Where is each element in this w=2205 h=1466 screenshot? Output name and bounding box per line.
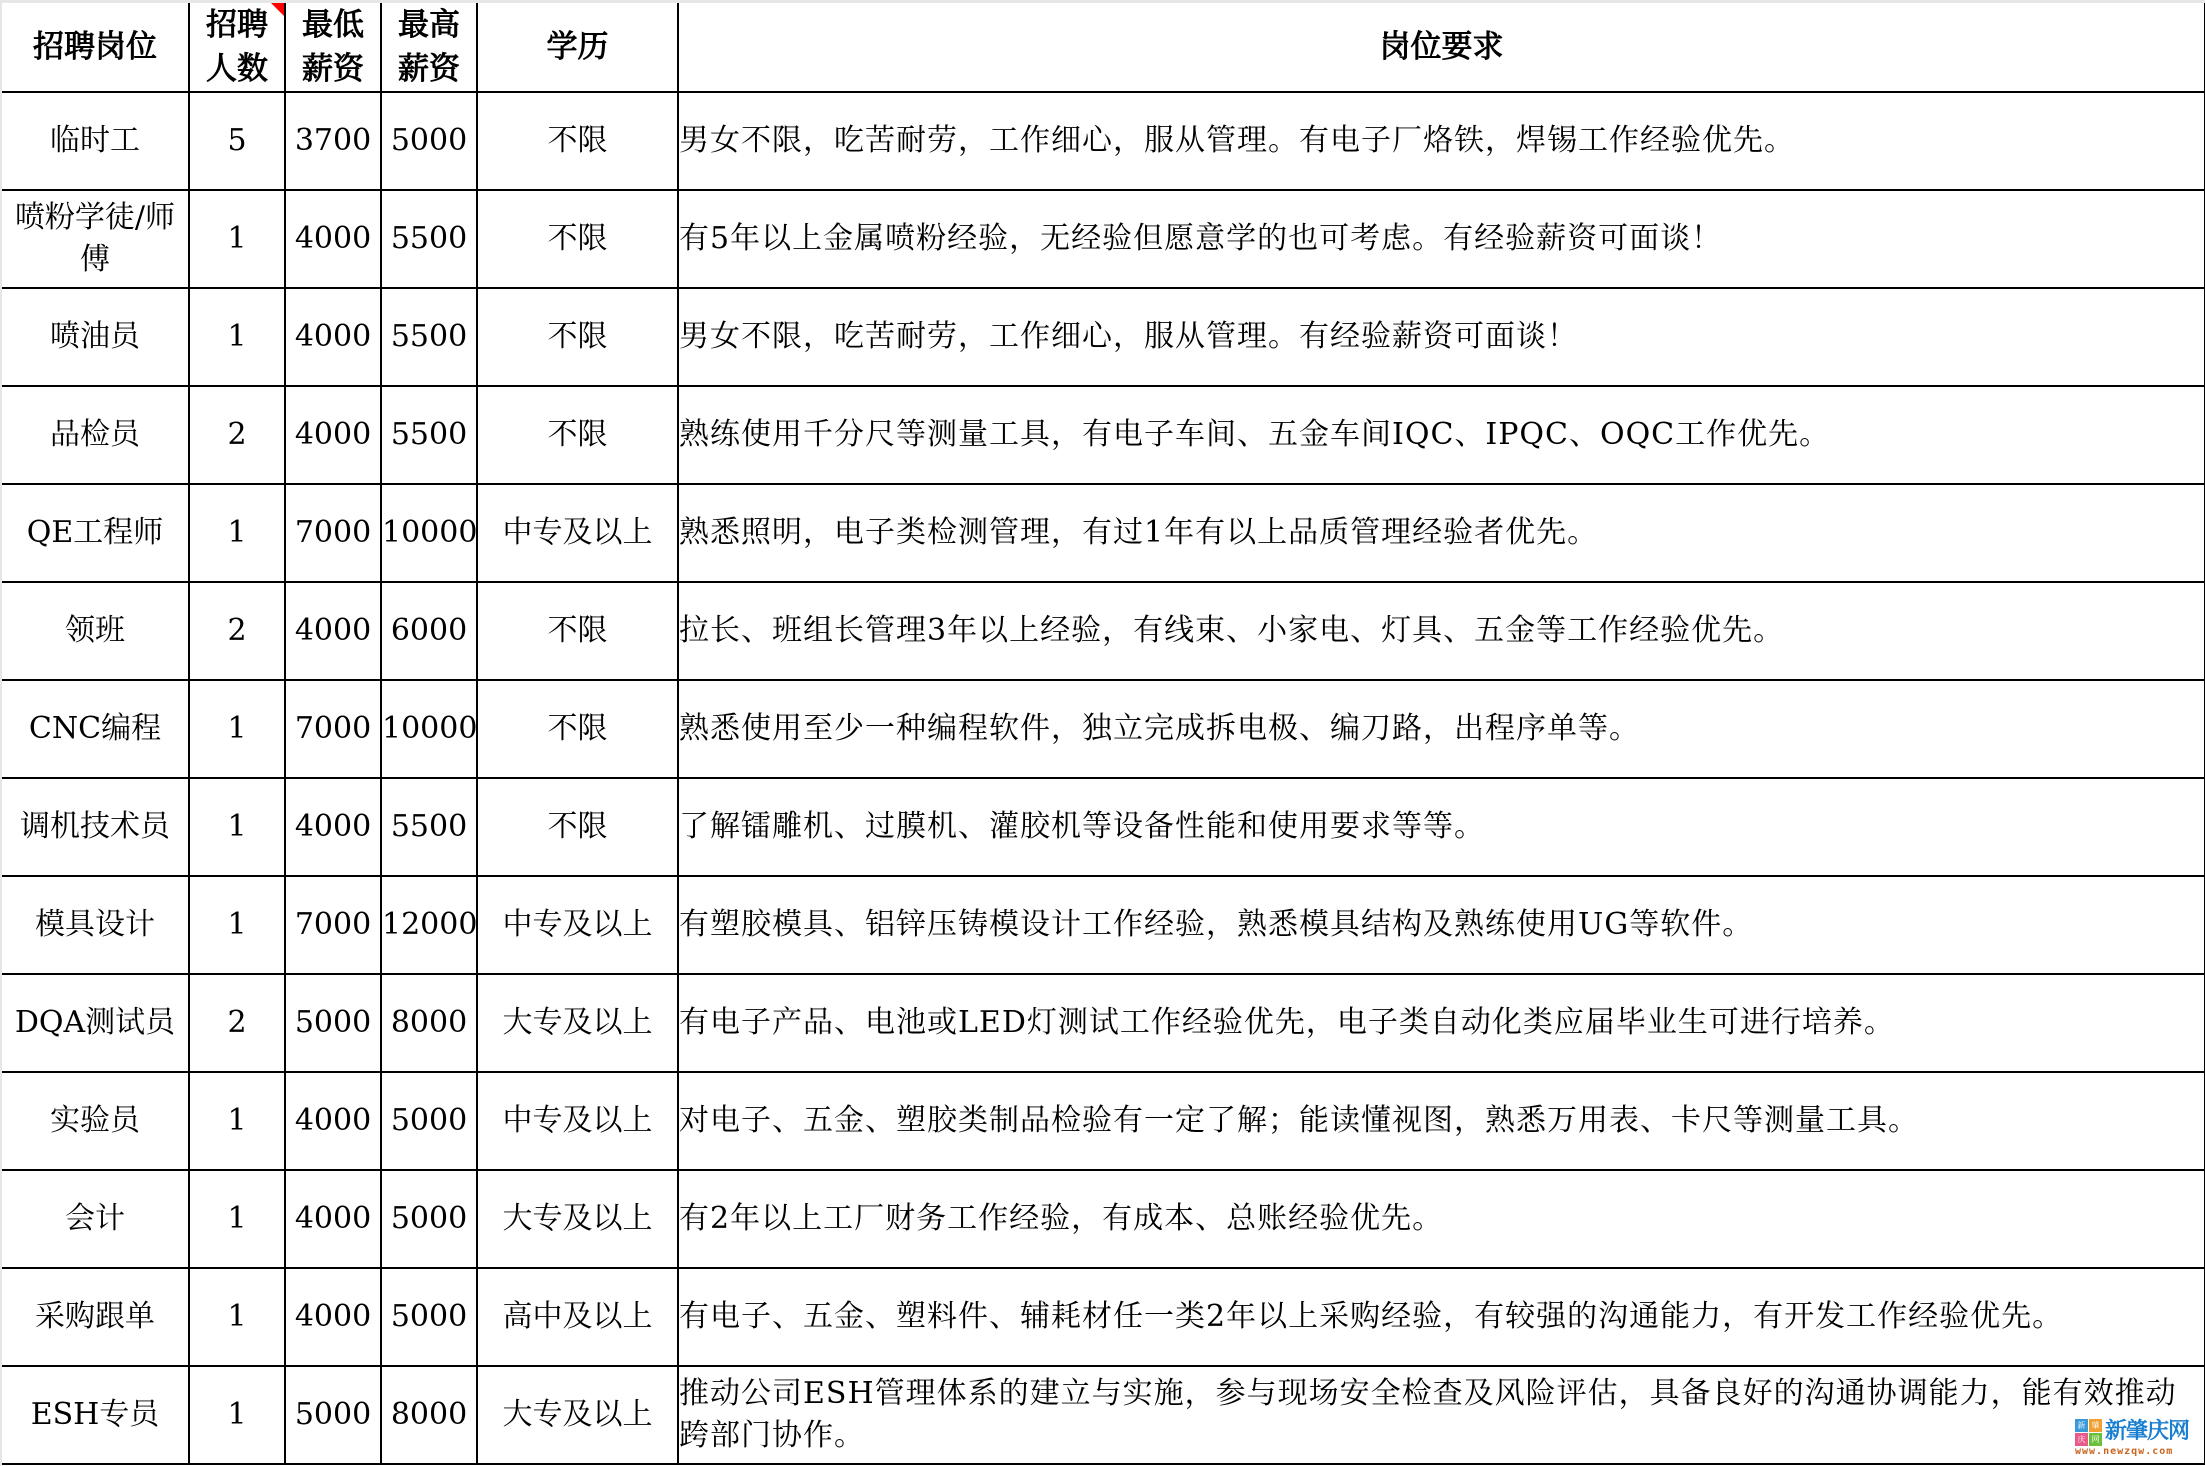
header-count[interactable]: 招聘 人数	[189, 3, 285, 92]
header-education[interactable]: 学历	[477, 3, 678, 92]
count-text: 2	[227, 613, 246, 648]
cell-position[interactable]: 领班	[2, 582, 189, 680]
position-text: 会计	[65, 1201, 125, 1236]
table-row: 临时工 5 3700 5000 不限 男女不限，吃苦耐劳，工作细心，服从管理。有…	[2, 92, 2205, 190]
min-salary-text: 4000	[295, 1103, 371, 1138]
count-text: 1	[227, 809, 246, 844]
cell-education[interactable]: 不限	[477, 680, 678, 778]
cell-position[interactable]: 临时工	[2, 92, 189, 190]
count-text: 2	[227, 1005, 246, 1040]
cell-max-salary[interactable]: 5000	[381, 1268, 477, 1366]
cell-max-salary[interactable]: 8000	[381, 1366, 477, 1464]
header-count-line1: 招聘	[190, 3, 284, 47]
cell-count[interactable]: 1	[189, 190, 285, 288]
cell-education[interactable]: 不限	[477, 190, 678, 288]
cell-education[interactable]: 不限	[477, 288, 678, 386]
min-salary-text: 7000	[295, 907, 371, 942]
education-text: 不限	[548, 613, 608, 648]
cell-education[interactable]: 大专及以上	[477, 1366, 678, 1464]
cell-position[interactable]: 喷粉学徒/师傅	[2, 190, 189, 288]
position-text: QE工程师	[27, 515, 164, 550]
count-text: 1	[227, 1299, 246, 1334]
education-text: 不限	[548, 417, 608, 452]
education-text: 中专及以上	[503, 907, 653, 942]
cell-position[interactable]: QE工程师	[2, 484, 189, 582]
cell-education[interactable]: 不限	[477, 92, 678, 190]
header-min-salary-line1: 最低	[286, 3, 380, 47]
max-salary-text: 8000	[391, 1397, 467, 1432]
header-max-salary[interactable]: 最高 薪资	[381, 3, 477, 92]
max-salary-text: 5000	[391, 123, 467, 158]
requirements-text: 熟练使用千分尺等测量工具，有电子车间、五金车间IQC、IPQC、OQC工作优先。	[679, 417, 1830, 452]
min-salary-text: 4000	[295, 809, 371, 844]
min-salary-text: 7000	[295, 711, 371, 746]
cell-education[interactable]: 不限	[477, 582, 678, 680]
education-text: 高中及以上	[503, 1299, 653, 1334]
requirements-text: 有5年以上金属喷粉经验，无经验但愿意学的也可考虑。有经验薪资可面谈！	[679, 221, 1722, 256]
requirements-text: 拉长、班组长管理3年以上经验，有线束、小家电、灯具、五金等工作经验优先。	[679, 613, 1784, 648]
cell-min-salary[interactable]: 4000	[285, 1072, 381, 1170]
cell-position[interactable]: 模具设计	[2, 876, 189, 974]
table-row: 会计 1 4000 5000 大专及以上 有2年以上工厂财务工作经验，有成本、总…	[2, 1170, 2205, 1268]
cell-max-salary[interactable]: 5000	[381, 1072, 477, 1170]
cell-position[interactable]: CNC编程	[2, 680, 189, 778]
cell-requirements[interactable]: 男女不限，吃苦耐劳，工作细心，服从管理。有电子厂烙铁，焊锡工作经验优先。	[678, 92, 2205, 190]
count-text: 1	[227, 221, 246, 256]
max-salary-text: 5500	[391, 319, 467, 354]
min-salary-text: 4000	[295, 613, 371, 648]
cell-count[interactable]: 5	[189, 92, 285, 190]
cell-max-salary[interactable]: 8000	[381, 974, 477, 1072]
watermark-url: www.newzqw.com	[2075, 1446, 2173, 1458]
cell-position[interactable]: 采购跟单	[2, 1268, 189, 1366]
count-text: 5	[227, 123, 246, 158]
count-text: 1	[227, 515, 246, 550]
cell-count[interactable]: 1	[189, 484, 285, 582]
cell-requirements[interactable]: 有5年以上金属喷粉经验，无经验但愿意学的也可考虑。有经验薪资可面谈！	[678, 190, 2205, 288]
recruitment-table: 招聘岗位 招聘 人数 最低 薪资 最高 薪资 学历 岗位要求	[2, 3, 2205, 1465]
max-salary-text: 10000	[382, 711, 477, 746]
cell-count[interactable]: 1	[189, 288, 285, 386]
requirements-text: 推动公司ESH管理体系的建立与实施，参与现场安全检查及风险评估，具备良好的沟通协…	[679, 1376, 2177, 1453]
cell-min-salary[interactable]: 3700	[285, 92, 381, 190]
position-text: 实验员	[50, 1103, 140, 1138]
cell-min-salary[interactable]: 4000	[285, 1170, 381, 1268]
max-salary-text: 5500	[391, 417, 467, 452]
cell-education[interactable]: 高中及以上	[477, 1268, 678, 1366]
count-text: 1	[227, 711, 246, 746]
position-text: 品检员	[50, 417, 140, 452]
min-salary-text: 3700	[295, 123, 371, 158]
cell-requirements[interactable]: 拉长、班组长管理3年以上经验，有线束、小家电、灯具、五金等工作经验优先。	[678, 582, 2205, 680]
count-text: 1	[227, 1397, 246, 1432]
cell-count[interactable]: 2	[189, 582, 285, 680]
requirements-text: 男女不限，吃苦耐劳，工作细心，服从管理。有电子厂烙铁，焊锡工作经验优先。	[679, 123, 1795, 158]
cell-count[interactable]: 1	[189, 1268, 285, 1366]
watermark-site-name: 新肇庆网	[2105, 1418, 2189, 1446]
comment-indicator-icon[interactable]	[271, 3, 284, 16]
education-text: 大专及以上	[503, 1201, 653, 1236]
requirements-text: 对电子、五金、塑胶类制品检验有一定了解；能读懂视图，熟悉万用表、卡尺等测量工具。	[679, 1103, 1919, 1138]
header-min-salary[interactable]: 最低 薪资	[285, 3, 381, 92]
requirements-text: 有电子、五金、塑料件、辅耗材任一类2年以上采购经验，有较强的沟通能力，有开发工作…	[679, 1299, 2063, 1334]
min-salary-text: 4000	[295, 221, 371, 256]
education-text: 大专及以上	[503, 1005, 653, 1040]
cell-count[interactable]: 1	[189, 876, 285, 974]
cell-count[interactable]: 1	[189, 1170, 285, 1268]
table-row: 采购跟单 1 4000 5000 高中及以上 有电子、五金、塑料件、辅耗材任一类…	[2, 1268, 2205, 1366]
cell-requirements[interactable]: 有塑胶模具、铝锌压铸模设计工作经验，熟悉模具结构及熟练使用UG等软件。	[678, 876, 2205, 974]
logo-tile: 肇	[2089, 1419, 2102, 1432]
cell-position[interactable]: 调机技术员	[2, 778, 189, 876]
header-min-salary-line2: 薪资	[286, 47, 380, 91]
cell-max-salary[interactable]: 5000	[381, 92, 477, 190]
requirements-text: 了解镭雕机、过膜机、灌胶机等设备性能和使用要求等等。	[679, 809, 1485, 844]
cell-education[interactable]: 不限	[477, 778, 678, 876]
cell-max-salary[interactable]: 6000	[381, 582, 477, 680]
cell-min-salary[interactable]: 5000	[285, 1366, 381, 1464]
education-text: 不限	[548, 809, 608, 844]
cell-education[interactable]: 大专及以上	[477, 1170, 678, 1268]
cell-position[interactable]: 会计	[2, 1170, 189, 1268]
cell-min-salary[interactable]: 4000	[285, 386, 381, 484]
cell-education[interactable]: 大专及以上	[477, 974, 678, 1072]
position-text: 领班	[65, 613, 125, 648]
cell-requirements[interactable]: 了解镭雕机、过膜机、灌胶机等设备性能和使用要求等等。	[678, 778, 2205, 876]
max-salary-text: 8000	[391, 1005, 467, 1040]
cell-requirements[interactable]: 对电子、五金、塑胶类制品检验有一定了解；能读懂视图，熟悉万用表、卡尺等测量工具。	[678, 1072, 2205, 1170]
table-row: DQA测试员 2 5000 8000 大专及以上 有电子产品、电池或LED灯测试…	[2, 974, 2205, 1072]
position-text: 模具设计	[35, 907, 155, 942]
cell-position[interactable]: 品检员	[2, 386, 189, 484]
table-row: 调机技术员 1 4000 5500 不限 了解镭雕机、过膜机、灌胶机等设备性能和…	[2, 778, 2205, 876]
min-salary-text: 4000	[295, 1201, 371, 1236]
max-salary-text: 5000	[391, 1201, 467, 1236]
position-text: 喷粉学徒/师傅	[15, 200, 175, 277]
cell-max-salary[interactable]: 5500	[381, 288, 477, 386]
cell-min-salary[interactable]: 5000	[285, 974, 381, 1072]
education-text: 不限	[548, 319, 608, 354]
watermark-logo-icon: 新 肇 庆 网	[2075, 1419, 2102, 1446]
table-row: QE工程师 1 7000 10000 中专及以上 熟悉照明，电子类检测管理，有过…	[2, 484, 2205, 582]
max-salary-text: 5500	[391, 221, 467, 256]
cell-education[interactable]: 中专及以上	[477, 1072, 678, 1170]
count-text: 1	[227, 1103, 246, 1138]
requirements-text: 熟悉使用至少一种编程软件，独立完成拆电极、编刀路，出程序单等。	[679, 711, 1640, 746]
education-text: 中专及以上	[503, 515, 653, 550]
cell-max-salary[interactable]: 5500	[381, 386, 477, 484]
cell-max-salary[interactable]: 10000	[381, 680, 477, 778]
cell-requirements[interactable]: 熟悉使用至少一种编程软件，独立完成拆电极、编刀路，出程序单等。	[678, 680, 2205, 778]
cell-min-salary[interactable]: 4000	[285, 288, 381, 386]
cell-position[interactable]: 喷油员	[2, 288, 189, 386]
position-text: 临时工	[50, 123, 140, 158]
cell-education[interactable]: 中专及以上	[477, 484, 678, 582]
site-watermark: 新 肇 庆 网 新肇庆网 www.newzqw.com	[2075, 1418, 2200, 1464]
cell-position[interactable]: DQA测试员	[2, 974, 189, 1072]
cell-min-salary[interactable]: 7000	[285, 876, 381, 974]
cell-count[interactable]: 1	[189, 680, 285, 778]
cell-count[interactable]: 2	[189, 386, 285, 484]
requirements-text: 男女不限，吃苦耐劳，工作细心，服从管理。有经验薪资可面谈！	[679, 319, 1578, 354]
header-education-label: 学历	[547, 29, 609, 65]
cell-max-salary[interactable]: 10000	[381, 484, 477, 582]
max-salary-text: 5000	[391, 1299, 467, 1334]
requirements-text: 有2年以上工厂财务工作经验，有成本、总账经验优先。	[679, 1201, 1443, 1236]
cell-requirements[interactable]: 熟悉照明，电子类检测管理，有过1年有以上品质管理经验者优先。	[678, 484, 2205, 582]
cell-max-salary[interactable]: 5000	[381, 1170, 477, 1268]
logo-tile: 网	[2089, 1433, 2102, 1446]
education-text: 中专及以上	[503, 1103, 653, 1138]
min-salary-text: 4000	[295, 319, 371, 354]
header-requirements[interactable]: 岗位要求	[678, 3, 2205, 92]
cell-count[interactable]: 1	[189, 1366, 285, 1464]
max-salary-text: 10000	[382, 515, 477, 550]
cell-count[interactable]: 1	[189, 1072, 285, 1170]
header-position-label: 招聘岗位	[33, 29, 157, 65]
count-text: 1	[227, 1201, 246, 1236]
watermark-top: 新 肇 庆 网 新肇庆网	[2075, 1418, 2189, 1446]
cell-requirements[interactable]: 有2年以上工厂财务工作经验，有成本、总账经验优先。	[678, 1170, 2205, 1268]
max-salary-text: 5000	[391, 1103, 467, 1138]
max-salary-text: 5500	[391, 809, 467, 844]
education-text: 不限	[548, 221, 608, 256]
table-row: 品检员 2 4000 5500 不限 熟练使用千分尺等测量工具，有电子车间、五金…	[2, 386, 2205, 484]
cell-requirements[interactable]: 推动公司ESH管理体系的建立与实施，参与现场安全检查及风险评估，具备良好的沟通协…	[678, 1366, 2205, 1464]
header-max-salary-line1: 最高	[382, 3, 476, 47]
min-salary-text: 4000	[295, 1299, 371, 1334]
cell-requirements[interactable]: 有电子、五金、塑料件、辅耗材任一类2年以上采购经验，有较强的沟通能力，有开发工作…	[678, 1268, 2205, 1366]
cell-max-salary[interactable]: 5500	[381, 778, 477, 876]
header-count-line2: 人数	[190, 47, 284, 91]
requirements-text: 有电子产品、电池或LED灯测试工作经验优先，电子类自动化类应届毕业生可进行培养。	[679, 1005, 1895, 1040]
education-text: 大专及以上	[503, 1397, 653, 1432]
header-requirements-label: 岗位要求	[1380, 29, 1504, 65]
count-text: 2	[227, 417, 246, 452]
cell-count[interactable]: 1	[189, 778, 285, 876]
cell-count[interactable]: 2	[189, 974, 285, 1072]
cell-min-salary[interactable]: 4000	[285, 582, 381, 680]
min-salary-text: 5000	[295, 1397, 371, 1432]
count-text: 1	[227, 907, 246, 942]
min-salary-text: 5000	[295, 1005, 371, 1040]
cell-min-salary[interactable]: 7000	[285, 484, 381, 582]
cell-requirements[interactable]: 男女不限，吃苦耐劳，工作细心，服从管理。有经验薪资可面谈！	[678, 288, 2205, 386]
table-row: 实验员 1 4000 5000 中专及以上 对电子、五金、塑胶类制品检验有一定了…	[2, 1072, 2205, 1170]
table-row: 喷油员 1 4000 5500 不限 男女不限，吃苦耐劳，工作细心，服从管理。有…	[2, 288, 2205, 386]
position-text: 调机技术员	[20, 809, 170, 844]
requirements-text: 有塑胶模具、铝锌压铸模设计工作经验，熟悉模具结构及熟练使用UG等软件。	[679, 907, 1753, 942]
cell-education[interactable]: 不限	[477, 386, 678, 484]
position-text: CNC编程	[29, 711, 161, 746]
table-row: 领班 2 4000 6000 不限 拉长、班组长管理3年以上经验，有线束、小家电…	[2, 582, 2205, 680]
position-text: 采购跟单	[35, 1299, 155, 1334]
requirements-text: 熟悉照明，电子类检测管理，有过1年有以上品质管理经验者优先。	[679, 515, 1598, 550]
position-text: ESH专员	[31, 1397, 160, 1432]
cell-min-salary[interactable]: 4000	[285, 190, 381, 288]
cell-education[interactable]: 中专及以上	[477, 876, 678, 974]
cell-position[interactable]: 实验员	[2, 1072, 189, 1170]
cell-min-salary[interactable]: 7000	[285, 680, 381, 778]
cell-requirements[interactable]: 有电子产品、电池或LED灯测试工作经验优先，电子类自动化类应届毕业生可进行培养。	[678, 974, 2205, 1072]
cell-position[interactable]: ESH专员	[2, 1366, 189, 1464]
education-text: 不限	[548, 123, 608, 158]
header-max-salary-line2: 薪资	[382, 47, 476, 91]
max-salary-text: 6000	[391, 613, 467, 648]
header-row: 招聘岗位 招聘 人数 最低 薪资 最高 薪资 学历 岗位要求	[2, 3, 2205, 92]
table-row: ESH专员 1 5000 8000 大专及以上 推动公司ESH管理体系的建立与实…	[2, 1366, 2205, 1464]
logo-tile: 新	[2075, 1419, 2088, 1432]
position-text: 喷油员	[50, 319, 140, 354]
table-row: 喷粉学徒/师傅 1 4000 5500 不限 有5年以上金属喷粉经验，无经验但愿…	[2, 190, 2205, 288]
table-body: 临时工 5 3700 5000 不限 男女不限，吃苦耐劳，工作细心，服从管理。有…	[2, 92, 2205, 1464]
count-text: 1	[227, 319, 246, 354]
max-salary-text: 12000	[382, 907, 477, 942]
cell-max-salary[interactable]: 5500	[381, 190, 477, 288]
cell-min-salary[interactable]: 4000	[285, 778, 381, 876]
header-position[interactable]: 招聘岗位	[2, 3, 189, 92]
cell-min-salary[interactable]: 4000	[285, 1268, 381, 1366]
min-salary-text: 7000	[295, 515, 371, 550]
cell-max-salary[interactable]: 12000	[381, 876, 477, 974]
position-text: DQA测试员	[15, 1005, 175, 1040]
cell-requirements[interactable]: 熟练使用千分尺等测量工具，有电子车间、五金车间IQC、IPQC、OQC工作优先。	[678, 386, 2205, 484]
education-text: 不限	[548, 711, 608, 746]
table-row: CNC编程 1 7000 10000 不限 熟悉使用至少一种编程软件，独立完成拆…	[2, 680, 2205, 778]
min-salary-text: 4000	[295, 417, 371, 452]
table-row: 模具设计 1 7000 12000 中专及以上 有塑胶模具、铝锌压铸模设计工作经…	[2, 876, 2205, 974]
logo-tile: 庆	[2075, 1433, 2088, 1446]
